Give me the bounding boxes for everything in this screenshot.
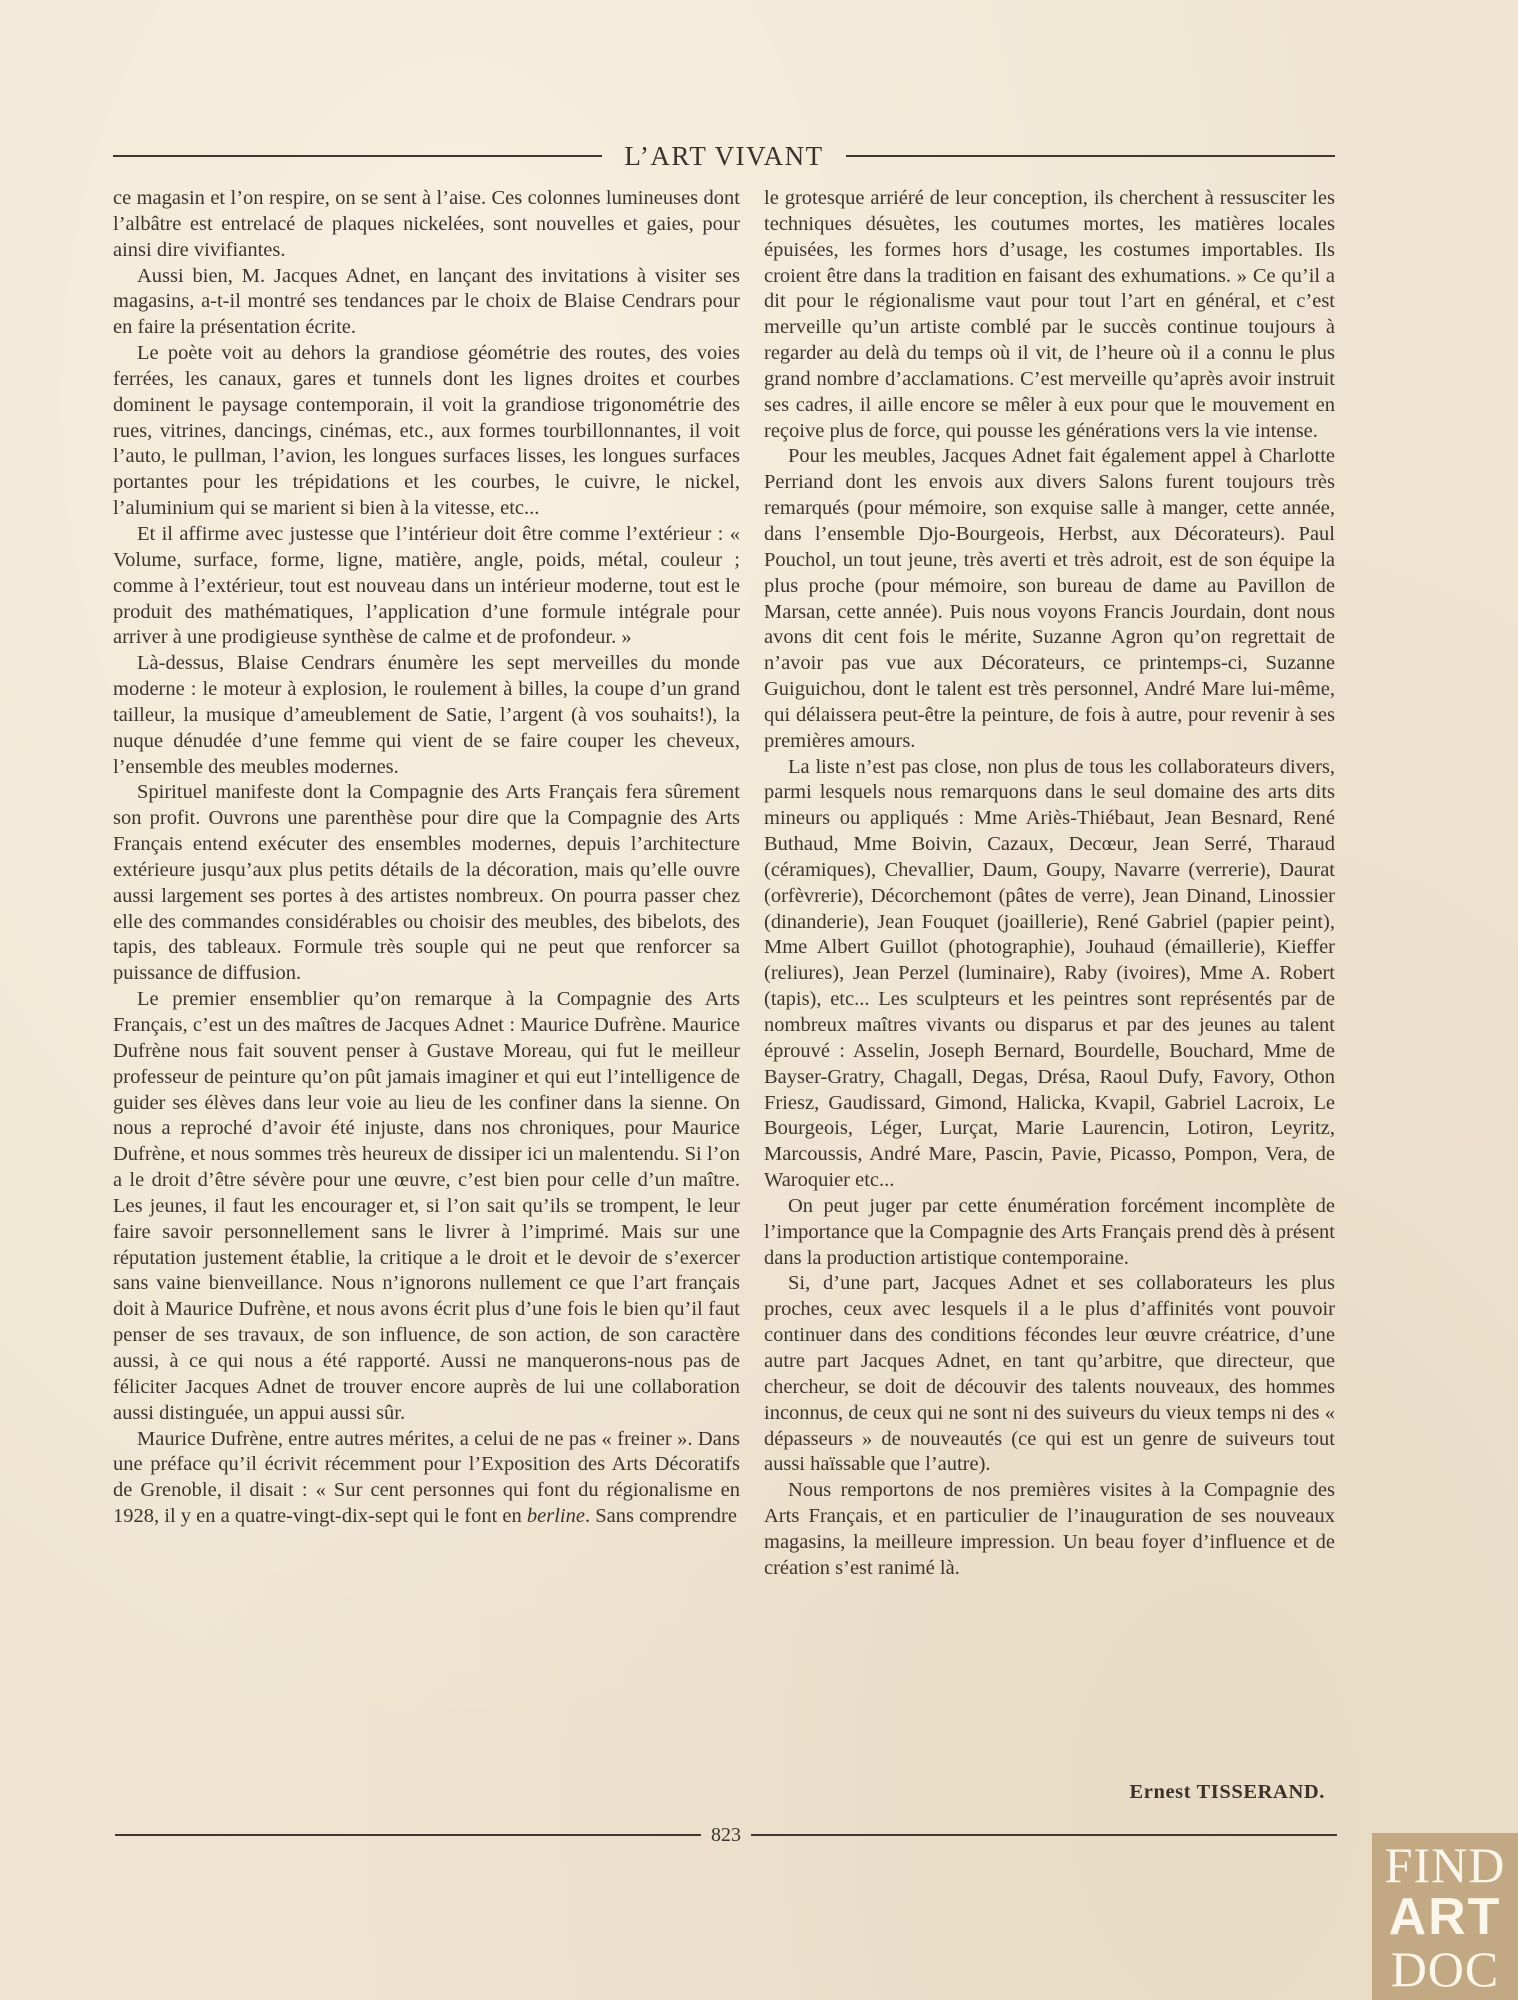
page-footer: 823 <box>115 1820 1337 1850</box>
magazine-title: L’ART VIVANT <box>602 141 845 172</box>
paragraph: ce magasin et l’on respire, on se sent à… <box>113 186 740 264</box>
paragraph: Pour les meubles, Jacques Adnet fait éga… <box>764 444 1335 754</box>
magazine-page: L’ART VIVANT ce magasin et l’on respire,… <box>0 0 1518 2000</box>
running-header: L’ART VIVANT <box>113 138 1335 174</box>
paragraph: Le premier ensemblier qu’on remarque à l… <box>113 987 740 1426</box>
paragraph: Là-dessus, Blaise Cendrars énumère les s… <box>113 651 740 780</box>
page-number: 823 <box>701 1824 751 1847</box>
paragraph: Si, d’une part, Jacques Adnet et ses col… <box>764 1271 1335 1478</box>
watermark-line-find: FIND <box>1385 1839 1506 1891</box>
paragraph: le grotesque arriéré de leur conception,… <box>764 186 1335 444</box>
header-rule-left <box>113 155 602 157</box>
right-column: le grotesque arriéré de leur conception,… <box>764 186 1335 1582</box>
author-signature: Ernest TISSERAND. <box>1129 1781 1325 1804</box>
paragraph: Aussi bien, M. Jacques Adnet, en lançant… <box>113 264 740 342</box>
paragraph: La liste n’est pas close, non plus de to… <box>764 755 1335 1194</box>
paragraph: Et il affirme avec justesse que l’intéri… <box>113 522 740 651</box>
paragraph: Le poète voit au dehors la grandiose géo… <box>113 341 740 522</box>
header-rule-right <box>846 155 1335 157</box>
footer-rule-right <box>751 1834 1337 1836</box>
findartdoc-watermark-logo: FIND ART DOC <box>1372 1833 1518 2000</box>
watermark-line-doc: DOC <box>1391 1943 1500 1995</box>
paragraph: Maurice Dufrène, entre autres mérites, a… <box>113 1427 740 1530</box>
paragraph: On peut juger par cette énumération forc… <box>764 1194 1335 1272</box>
footer-rule-left <box>115 1834 701 1836</box>
paragraph: Nous remportons de nos premières visites… <box>764 1478 1335 1581</box>
left-column: ce magasin et l’on respire, on se sent à… <box>113 186 740 1530</box>
italic-word: berline <box>527 1505 585 1527</box>
watermark-line-art: ART <box>1389 1891 1502 1943</box>
paragraph: Spirituel manifeste dont la Compagnie de… <box>113 780 740 987</box>
text-run: . Sans comprendre <box>585 1505 737 1527</box>
